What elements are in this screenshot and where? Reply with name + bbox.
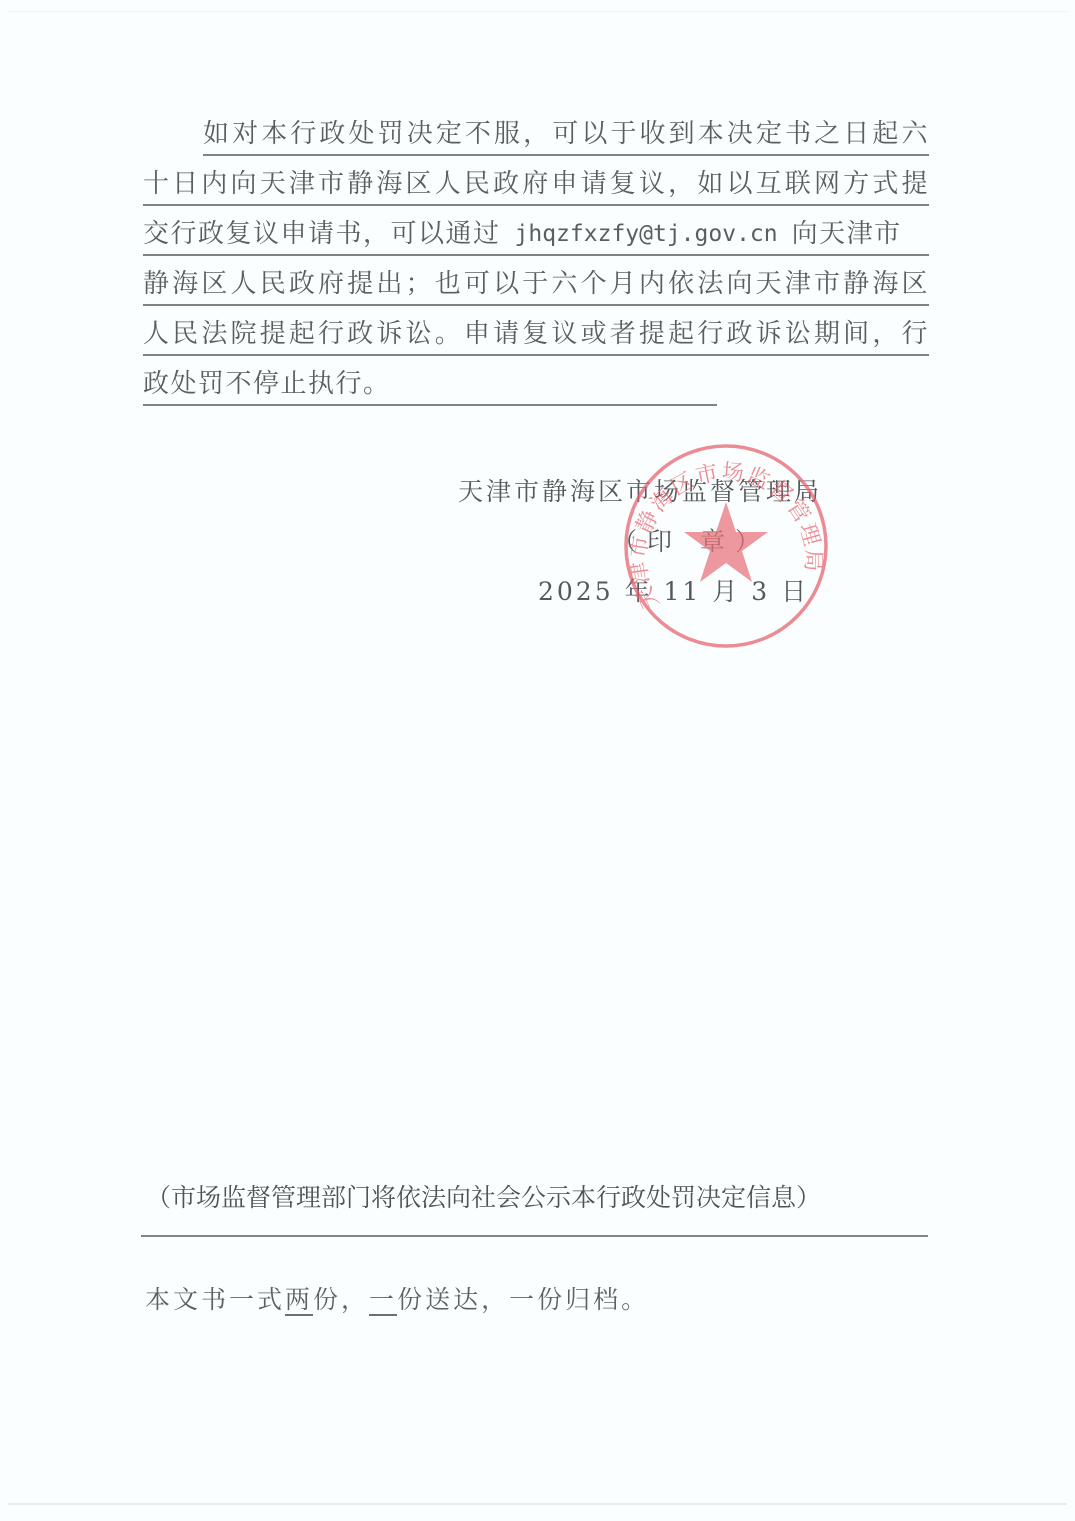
paragraph-line-4: 静海区人民政府提出；也可以于六个月内依法向天津市静海区 [143,262,929,306]
seal-label: （印 章） [612,522,770,558]
paragraph-line-2: 十日内向天津市静海区人民政府申请复议，如以互联网方式提 [143,162,929,206]
copies-delivered-count: 一 [369,1285,397,1316]
copies-note: 本文书一式两份，一份送达，一份归档。 [145,1280,649,1316]
copies-total-count: 两 [285,1285,313,1316]
line-3-text-after: 向天津市 [792,214,902,254]
scan-edge-bottom [8,1503,1067,1505]
paragraph-line-6: 政处罚不停止执行。 [143,362,717,406]
section-divider [141,1235,928,1237]
issuing-organization: 天津市静海区市场监督管理局 [458,472,822,508]
document-page: 如对本行政处罚决定不服，可以于收到本决定书之日起六 十日内向天津市静海区人民政府… [0,0,1075,1521]
scan-edge-top [8,11,1067,12]
public-disclosure-notice: （市场监督管理部门将依法向社会公示本行政处罚决定信息） [146,1178,821,1214]
paragraph-line-3: 交行政复议申请书，可以通过 jhqzfxzfy@tj.gov.cn 向天津市 [143,212,929,256]
line-3-text-before: 交行政复议申请书，可以通过 [143,214,501,254]
paragraph-line-5: 人民法院提起行政诉讼。申请复议或者提起行政诉讼期间，行 [143,312,929,356]
issue-date: 2025 年 11 月 3 日 [538,572,809,608]
paragraph-line-1: 如对本行政处罚决定不服，可以于收到本决定书之日起六 [203,112,929,156]
review-email-address: jhqzfxzfy@tj.gov.cn [515,214,778,254]
